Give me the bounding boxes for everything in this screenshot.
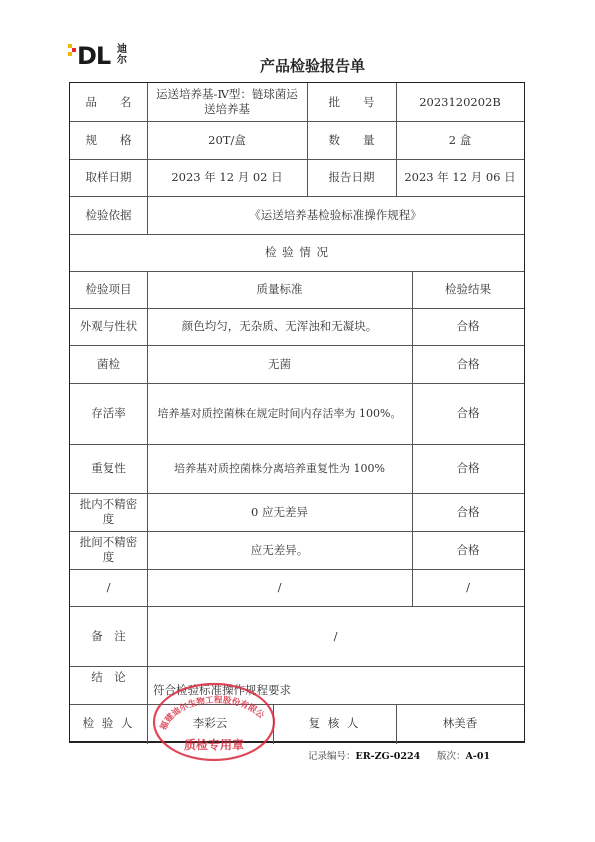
basis-value: 《运送培养基检验标准操作规程》: [147, 196, 524, 234]
page-title: 产品检验报告单: [0, 55, 595, 76]
report-table: 品 名 运送培养基-Ⅳ型：链球菌运送培养基 批 号 2023120202B 规 …: [69, 82, 525, 743]
row-standard: 颜色均匀，无杂质、无浑浊和无凝块。: [147, 308, 412, 345]
product-name-label: 品 名: [70, 83, 147, 121]
version-number: 版次：A-01: [437, 748, 490, 762]
quality-stamp-icon: 福建迪尔生物工程股份有限公司 质检专用章: [151, 681, 277, 763]
row-item: 重复性: [70, 444, 147, 493]
qty-value: 2 盒: [396, 121, 524, 159]
logo-cn-top: 迪: [117, 44, 129, 55]
row-result: 合格: [412, 308, 524, 345]
qty-label: 数 量: [307, 121, 396, 159]
version-value: A-01: [466, 751, 491, 762]
row-item: 存活率: [70, 383, 147, 444]
remarks-label: 备 注: [70, 606, 147, 666]
column-header-standard: 质量标准: [147, 271, 412, 308]
row-standard: /: [147, 569, 412, 606]
row-result: /: [412, 569, 524, 606]
version-label: 版次：: [437, 751, 466, 762]
row-result: 合格: [412, 444, 524, 493]
reviewer-label: 复 核 人: [273, 704, 396, 742]
record-number: 记录编号：ER-ZG-0224: [308, 748, 420, 762]
row-result: 合格: [412, 345, 524, 383]
spec-label: 规 格: [70, 121, 147, 159]
row-result: 合格: [412, 531, 524, 569]
batch-label: 批 号: [307, 83, 396, 121]
report-date-value: 2023 年 12 月 06 日: [396, 159, 524, 196]
basis-label: 检验依据: [70, 196, 147, 234]
record-label: 记录编号：: [308, 751, 356, 762]
batch-value: 2023120202B: [396, 83, 524, 121]
sample-date-value: 2023 年 12 月 02 日: [147, 159, 307, 196]
product-name-value: 运送培养基-Ⅳ型：链球菌运送培养基: [147, 83, 307, 121]
remarks-value: /: [147, 606, 524, 666]
spec-value: 20T/盒: [147, 121, 307, 159]
row-item: 菌检: [70, 345, 147, 383]
inspector-label: 检 验 人: [70, 704, 147, 742]
svg-text:质检专用章: 质检专用章: [184, 737, 244, 752]
row-standard: 0 应无差异: [147, 493, 412, 531]
row-standard: 培养基对质控菌株分离培养重复性为 100%: [147, 444, 412, 493]
reviewer-value: 林美香: [396, 704, 524, 742]
row-result: 合格: [412, 383, 524, 444]
row-item: 批内不精密度: [70, 493, 147, 531]
column-header-result: 检验结果: [412, 271, 524, 308]
row-standard: 无菌: [147, 345, 412, 383]
svg-text:福建迪尔生物工程股份有限公司: 福建迪尔生物工程股份有限公司: [151, 681, 266, 733]
report-date-label: 报告日期: [307, 159, 396, 196]
row-standard: 应无差异。: [147, 531, 412, 569]
column-header-item: 检验项目: [70, 271, 147, 308]
section-title: 检 验 情 况: [70, 234, 524, 271]
row-item: 外观与性状: [70, 308, 147, 345]
conclusion-label: 结 论: [70, 666, 147, 688]
record-value: ER-ZG-0224: [356, 751, 421, 762]
sample-date-label: 取样日期: [70, 159, 147, 196]
row-result: 合格: [412, 493, 524, 531]
row-standard: 培养基对质控菌株在规定时间内存活率为 100%。: [147, 383, 412, 444]
row-item: 批间不精密度: [70, 531, 147, 569]
row-item: /: [70, 569, 147, 606]
